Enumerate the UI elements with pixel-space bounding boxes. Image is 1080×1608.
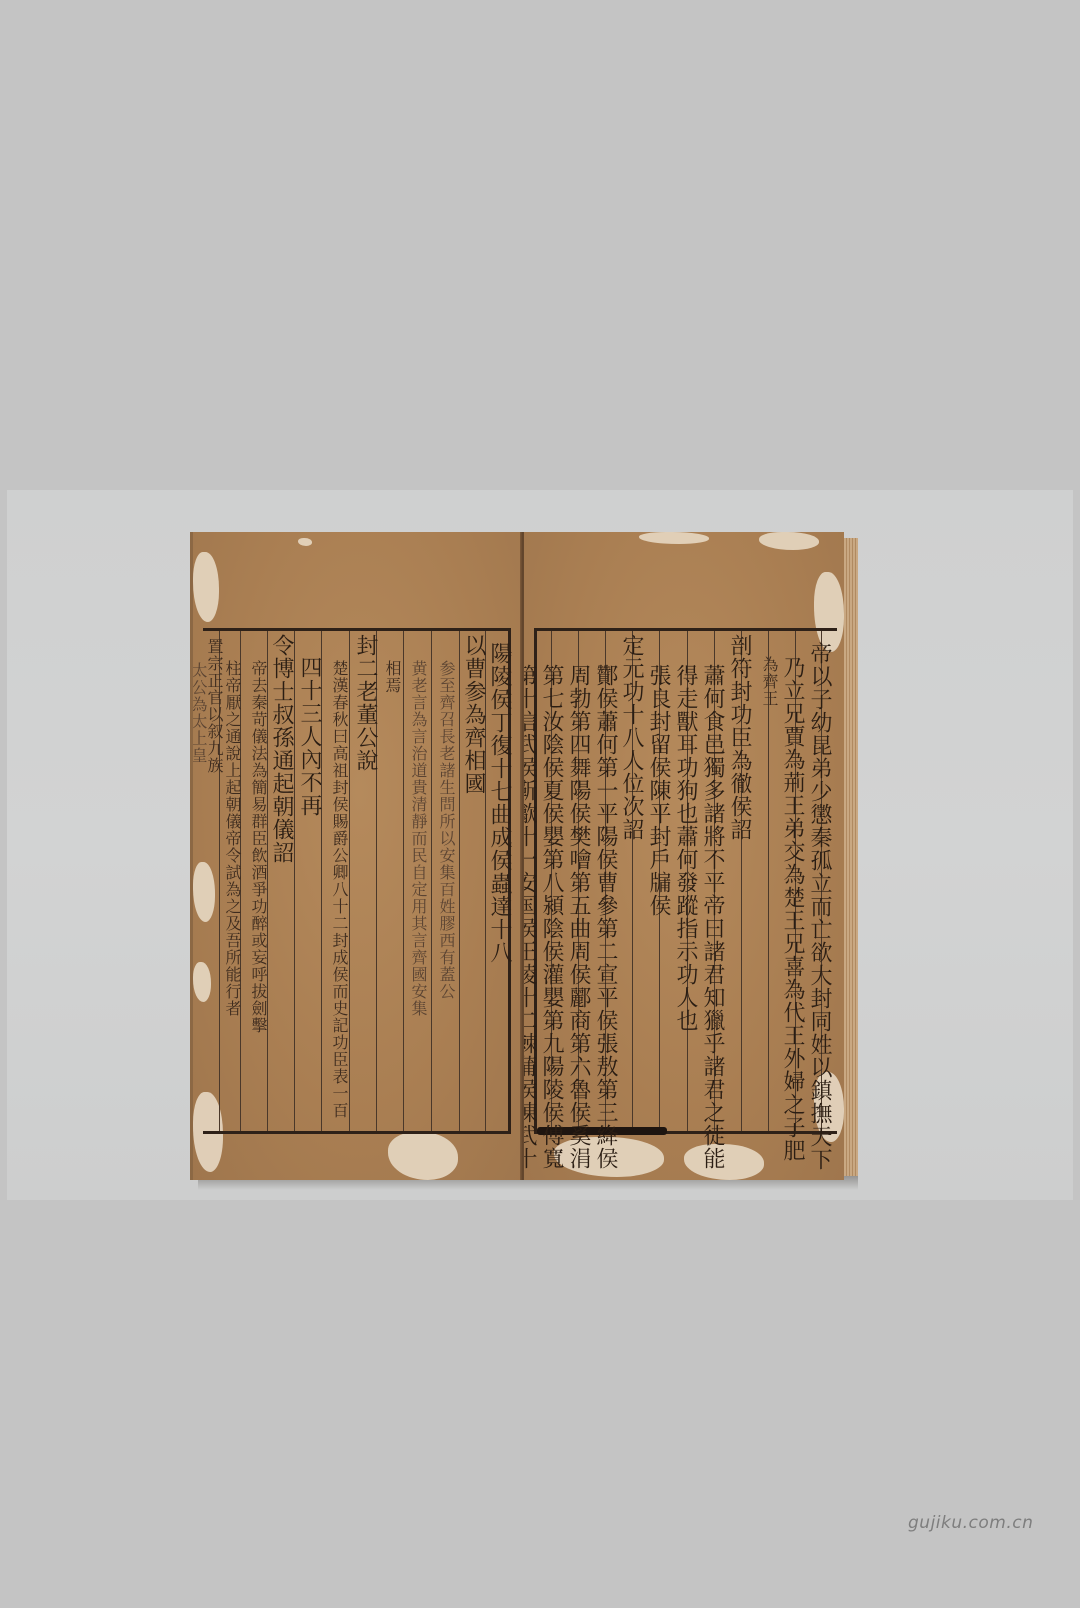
page-stack-edge <box>844 538 858 1176</box>
text-column: 楚漢春秋曰高祖封侯賜爵公卿八十二封成侯而史記功臣表一百 <box>330 660 348 1119</box>
text-column: 周勃第四舞陽侯樊噲第五曲周侯酈商第六魯侯奚涓 <box>566 664 590 1170</box>
text-column: 為齊王 <box>760 656 778 707</box>
column-rule <box>294 631 295 1131</box>
text-column: 第七汝陰侯夏侯嬰第八潁陰侯灌嬰第九陽陵侯傅寬 <box>539 664 563 1170</box>
text-column: 陽陵侯丁復十七曲成侯蟲達十八 <box>487 642 511 964</box>
text-column: 参至齊召長老諸生問所以安集百姓膠西有蓋公 <box>437 660 455 1000</box>
column-rule <box>459 631 460 1131</box>
text-column: 相焉 <box>383 660 401 694</box>
text-column: 定元功十八人位次詔 <box>619 634 643 841</box>
column-rule <box>403 631 404 1131</box>
paper-wear <box>759 532 819 550</box>
text-column: 以曹参為齊相國 <box>461 634 485 795</box>
right-page: 帝以子幼昆弟少懲秦孤立而亡欲大封同姓以鎮撫天下 乃立兄賈為荊王弟交為楚王兄喜為代… <box>524 532 844 1180</box>
text-column: 帝以子幼昆弟少懲秦孤立而亡欲大封同姓以鎮撫天下 <box>807 642 831 1171</box>
text-column: 帝去秦苛儀法為簡易群臣飲酒爭功醉或妄呼拔劍擊 <box>249 660 267 1034</box>
text-column: 酇侯蕭何第一平陽侯曹參第二宣平侯張敖第三絳侯 <box>593 664 617 1170</box>
text-column: 剖符封功臣為徹侯詔 <box>727 634 751 841</box>
text-column: 太公為太上皇 <box>190 662 207 764</box>
column-rule <box>349 631 350 1131</box>
text-column: 封二老董公說 <box>353 634 377 772</box>
text-column: 黄老言為言治道貴清靜而民自定用其言齊國安集 <box>409 660 427 1017</box>
text-column: 第十信武侯靳歙十一安国侯王陵十二棘蒲侯陳武十 <box>524 664 536 1170</box>
text-column: 張良封留侯陳平封戶牖侯 <box>646 664 670 917</box>
text-column: 蕭何食邑獨多諸將不平帝曰諸君知獵乎諸君之徒能 <box>700 664 724 1170</box>
text-column: 令博士叔孫通起朝儀詔 <box>269 634 293 864</box>
paper-wear <box>193 552 219 622</box>
left-page: 陽陵侯丁復十七曲成侯蟲達十八 以曹参為齊相國 参至齊召長老諸生問所以安集百姓膠西… <box>190 532 526 1180</box>
text-column: 四十三人內不再 <box>297 656 321 817</box>
paper-wear <box>388 1132 458 1180</box>
site-watermark: gujiku.com.cn <box>908 1513 1033 1533</box>
paper-wear <box>639 532 709 544</box>
text-column: 得走獸耳功狗也蕭何發蹤指示功人也 <box>673 664 697 1032</box>
text-column: 柱帝厭之通說上起朝儀帝令試為之及吾所能行者 <box>223 660 241 1017</box>
column-rule <box>431 631 432 1131</box>
paper-wear <box>298 538 312 546</box>
open-book: 陽陵侯丁復十七曲成侯蟲達十八 以曹参為齊相國 参至齊召長老諸生問所以安集百姓膠西… <box>190 532 858 1180</box>
text-column: 乃立兄賈為荊王弟交為楚王兄喜為代王外婦之子肥 <box>780 656 804 1162</box>
